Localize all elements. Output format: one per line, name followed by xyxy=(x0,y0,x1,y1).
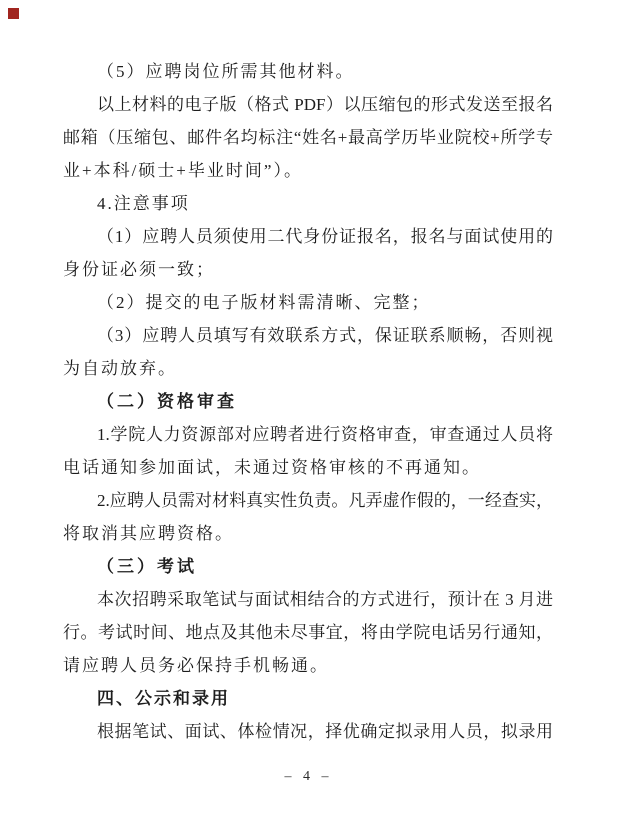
section-heading: （三）考试 xyxy=(63,550,553,583)
doc-line: 业+本科/硕士+毕业时间”）。 xyxy=(63,154,553,187)
doc-line: （1）应聘人员须使用二代身份证报名，报名与面试使用的 xyxy=(63,220,553,253)
doc-line: 邮箱（压缩包、邮件名均标注“姓名+最高学历毕业院校+所学专 xyxy=(63,121,553,154)
doc-line: 身份证必须一致； xyxy=(63,253,553,286)
doc-line: 本次招聘采取笔试与面试相结合的方式进行，预计在 3 月进 xyxy=(63,583,553,616)
doc-line: 2.应聘人员需对材料真实性负责。凡弄虚作假的，一经查实， xyxy=(63,484,553,517)
doc-line: （5）应聘岗位所需其他材料。 xyxy=(63,55,553,88)
doc-line: 请应聘人员务必保持手机畅通。 xyxy=(63,649,553,682)
doc-line: 行。考试时间、地点及其他未尽事宜，将由学院电话另行通知， xyxy=(63,616,553,649)
section-heading: （二）资格审查 xyxy=(63,385,553,418)
section-heading: 四、公示和录用 xyxy=(63,682,553,715)
doc-line: 将取消其应聘资格。 xyxy=(63,517,553,550)
doc-line: 1.学院人力资源部对应聘者进行资格审查，审查通过人员将 xyxy=(63,418,553,451)
document-body: （5）应聘岗位所需其他材料。 以上材料的电子版（格式 PDF）以压缩包的形式发送… xyxy=(63,55,553,748)
document-page: （5）应聘岗位所需其他材料。 以上材料的电子版（格式 PDF）以压缩包的形式发送… xyxy=(0,0,617,822)
page-number: – 4 – xyxy=(0,766,617,788)
doc-line: （3）应聘人员填写有效联系方式，保证联系顺畅，否则视 xyxy=(63,319,553,352)
doc-line: 以上材料的电子版（格式 PDF）以压缩包的形式发送至报名 xyxy=(63,88,553,121)
doc-line: 为自动放弃。 xyxy=(63,352,553,385)
doc-line: （2）提交的电子版材料需清晰、完整； xyxy=(63,286,553,319)
doc-line: 根据笔试、面试、体检情况，择优确定拟录用人员，拟录用 xyxy=(63,715,553,748)
doc-line: 4.注意事项 xyxy=(63,187,553,220)
red-stamp-marker xyxy=(8,8,19,19)
doc-line: 电话通知参加面试，未通过资格审核的不再通知。 xyxy=(63,451,553,484)
